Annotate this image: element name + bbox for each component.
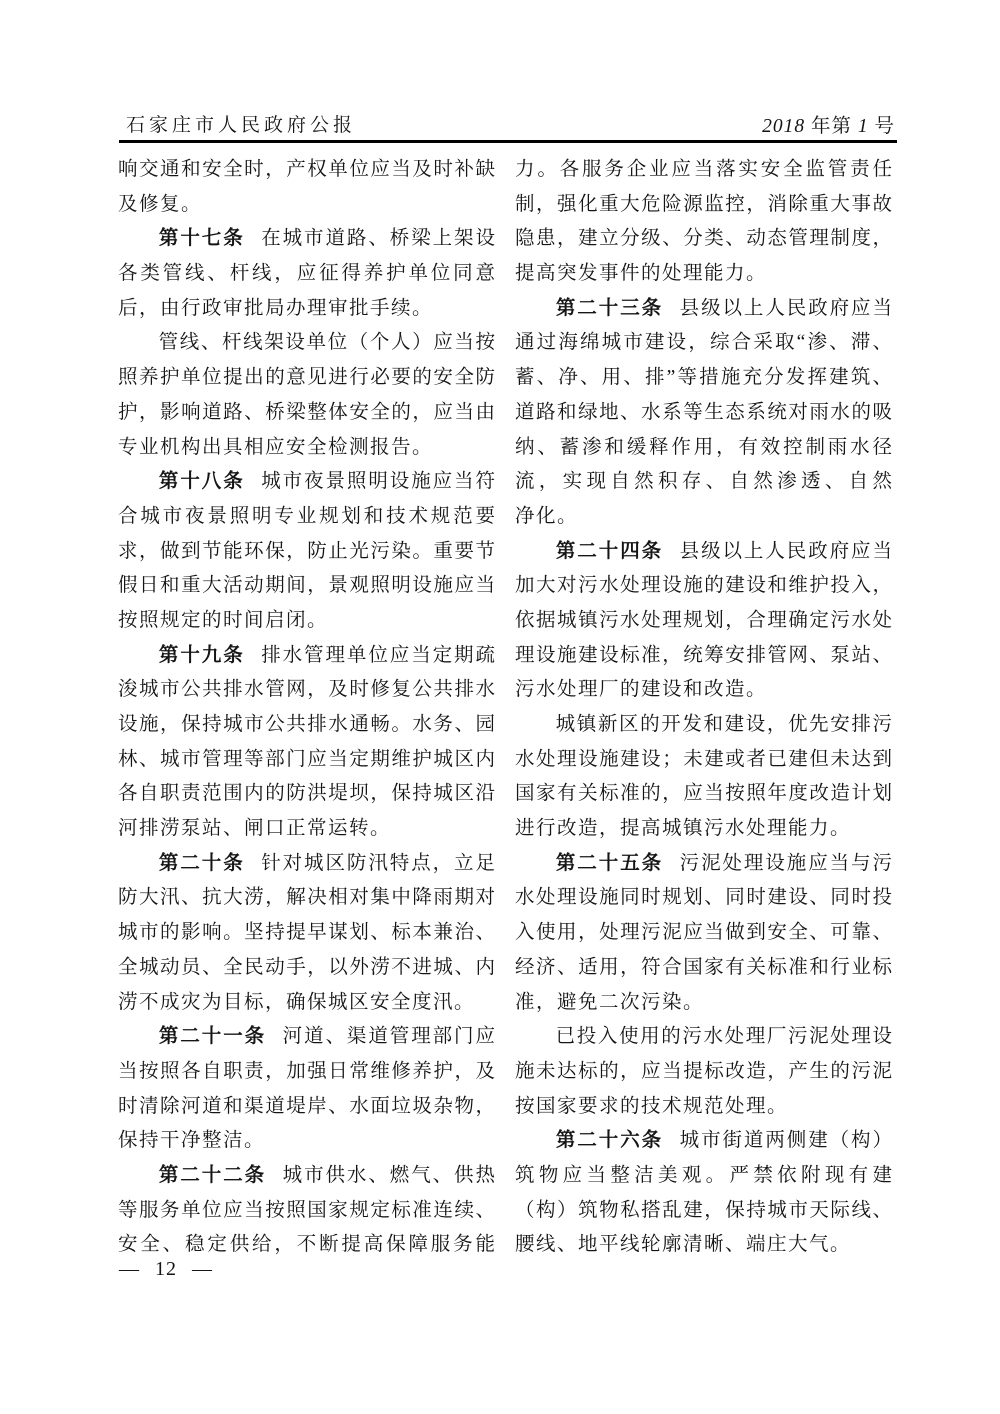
text-line: 纳、蓄渗和缓释作用，有效控制雨水径 <box>515 431 892 466</box>
text-line: 水处理设施同时规划、同时建设、同时投 <box>515 881 892 916</box>
line-text: 进行改造，提高城镇污水处理能力。 <box>515 818 851 839</box>
line-text: 纳、蓄渗和缓释作用，有效控制雨水径 <box>515 437 892 458</box>
line-text: 城市供水、燃气、供热 <box>283 1165 495 1186</box>
line-text: 力。各服务企业应当落实安全监管责任 <box>515 159 892 180</box>
text-line: 腰线、地平线轮廓清晰、端庄大气。 <box>515 1228 892 1263</box>
text-line: 流，实现自然积存、自然渗透、自然 <box>515 465 892 500</box>
line-text: 时清除河道和渠道堤岸、水面垃圾杂物， <box>118 1096 495 1117</box>
text-line: 第二十六条城市街道两侧建（构） <box>515 1124 892 1159</box>
line-text: 保持干净整洁。 <box>118 1130 265 1151</box>
article-number: 第二十一条 <box>157 1026 266 1047</box>
line-text: 加大对污水处理设施的建设和维护投入， <box>515 575 892 596</box>
line-text: 排水管理单位应当定期疏 <box>261 645 495 666</box>
line-text: 照养护单位提出的意见进行必要的安全防 <box>118 367 495 388</box>
line-text: 国家有关标准的，应当按照年度改造计划 <box>515 783 892 804</box>
text-line: 响交通和安全时，产权单位应当及时补缺 <box>118 153 495 188</box>
text-line: 按国家要求的技术规范处理。 <box>515 1090 892 1125</box>
line-text: 求，做到节能环保，防止光污染。重要节 <box>118 541 495 562</box>
text-line: 当按照各自职责，加强日常维修养护，及 <box>118 1055 495 1090</box>
text-line: 理设施建设标准，统筹安排管网、泵站、 <box>515 639 892 674</box>
text-line: 浚城市公共排水管网，及时修复公共排水 <box>118 673 495 708</box>
line-text: 响交通和安全时，产权单位应当及时补缺 <box>118 159 495 180</box>
text-line: 等服务单位应当按照国家规定标准连续、 <box>118 1194 495 1229</box>
line-text: 入使用，处理污泥应当做到安全、可靠、 <box>515 922 892 943</box>
line-text: 安全、稳定供给，不断提高保障服务能 <box>118 1234 495 1255</box>
line-text: 筑物应当整洁美观。严禁依附现有建 <box>515 1165 892 1186</box>
line-text: 腰线、地平线轮廓清晰、端庄大气。 <box>515 1234 851 1255</box>
page-number: — 12 — <box>119 1258 213 1281</box>
text-line: 污水处理厂的建设和改造。 <box>515 673 892 708</box>
line-text: 专业机构出具相应安全检测报告。 <box>118 437 433 458</box>
line-text: 后，由行政审批局办理审批手续。 <box>118 298 433 319</box>
text-line: 护，影响道路、桥梁整体安全的，应当由 <box>118 396 495 431</box>
article-number: 第二十六条 <box>554 1130 663 1151</box>
line-text: 县级以上人民政府应当 <box>680 541 892 562</box>
line-text: 经济、适用，符合国家有关标准和行业标 <box>515 957 892 978</box>
text-line: 入使用，处理污泥应当做到安全、可靠、 <box>515 916 892 951</box>
text-line: 第二十五条污泥处理设施应当与污 <box>515 847 892 882</box>
gazette-page: 石家庄市人民政府公报 2018 年第 1 号 响交通和安全时，产权单位应当及时补… <box>0 0 1000 1414</box>
article-number: 第十七条 <box>157 228 245 249</box>
text-line: 第二十三条县级以上人民政府应当 <box>515 292 892 327</box>
article-number: 第二十二条 <box>157 1165 266 1186</box>
text-line: 涝不成灾为目标，确保城区安全度汛。 <box>118 986 495 1021</box>
text-line: 第十七条在城市道路、桥梁上架设 <box>118 222 495 257</box>
line-text: 等服务单位应当按照国家规定标准连续、 <box>118 1200 495 1221</box>
text-column-left: 响交通和安全时，产权单位应当及时补缺及修复。第十七条在城市道路、桥梁上架设各类管… <box>118 153 495 1263</box>
text-line: 依据城镇污水处理规划，合理确定污水处 <box>515 604 892 639</box>
text-line: 城市的影响。坚持提早谋划、标本兼治、 <box>118 916 495 951</box>
article-number: 第二十三条 <box>554 298 663 319</box>
text-line: 加大对污水处理设施的建设和维护投入， <box>515 569 892 604</box>
text-line: 隐患，建立分级、分类、动态管理制度， <box>515 222 892 257</box>
line-text: 及修复。 <box>118 194 202 215</box>
line-text: 施未达标的，应当提标改造，产生的污泥 <box>515 1061 892 1082</box>
text-line: 时清除河道和渠道堤岸、水面垃圾杂物， <box>118 1090 495 1125</box>
text-line: 林、城市管理等部门应当定期维护城区内 <box>118 743 495 778</box>
article-number: 第二十条 <box>157 853 245 874</box>
page-header: 石家庄市人民政府公报 2018 年第 1 号 <box>119 110 897 138</box>
line-text: 水处理设施建设；未建或者已建但未达到 <box>515 749 892 770</box>
text-line: 设施，保持城市公共排水通畅。水务、园 <box>118 708 495 743</box>
text-line: 各自职责范围内的防洪堤坝，保持城区沿 <box>118 777 495 812</box>
text-line: 通过海绵城市建设，综合采取“渗、滞、 <box>515 326 892 361</box>
line-text: 设施，保持城市公共排水通畅。水务、园 <box>118 714 495 735</box>
line-text: 提高突发事件的处理能力。 <box>515 263 767 284</box>
text-line: 各类管线、杆线，应征得养护单位同意 <box>118 257 495 292</box>
text-line: 按照规定的时间启闭。 <box>118 604 495 639</box>
line-text: 城市的影响。坚持提早谋划、标本兼治、 <box>118 922 495 943</box>
line-text: 按照规定的时间启闭。 <box>118 610 328 631</box>
line-text: 隐患，建立分级、分类、动态管理制度， <box>515 228 892 249</box>
line-text: 流，实现自然积存、自然渗透、自然 <box>515 471 892 492</box>
publication-title: 石家庄市人民政府公报 <box>126 110 356 137</box>
line-text: 城镇新区的开发和建设，优先安排污 <box>554 714 892 735</box>
text-line: 第二十一条河道、渠道管理部门应 <box>118 1020 495 1055</box>
text-line: 净化。 <box>515 500 892 535</box>
text-line: 专业机构出具相应安全检测报告。 <box>118 431 495 466</box>
line-text: 针对城区防汛特点，立足 <box>261 853 495 874</box>
line-text: 准，避免二次污染。 <box>515 992 704 1013</box>
line-text: 各类管线、杆线，应征得养护单位同意 <box>118 263 495 284</box>
line-text: 管线、杆线架设单位（个人）应当按 <box>157 332 495 353</box>
line-text: 防大汛、抗大涝，解决相对集中降雨期对 <box>118 887 495 908</box>
text-line: 求，做到节能环保，防止光污染。重要节 <box>118 535 495 570</box>
line-text: 通过海绵城市建设，综合采取“渗、滞、 <box>515 332 892 353</box>
text-line: 防大汛、抗大涝，解决相对集中降雨期对 <box>118 881 495 916</box>
text-line: 水处理设施建设；未建或者已建但未达到 <box>515 743 892 778</box>
article-number: 第二十四条 <box>554 541 663 562</box>
text-line: 施未达标的，应当提标改造，产生的污泥 <box>515 1055 892 1090</box>
text-line: 第十八条城市夜景照明设施应当符 <box>118 465 495 500</box>
line-text: 理设施建设标准，统筹安排管网、泵站、 <box>515 645 892 666</box>
text-line: 提高突发事件的处理能力。 <box>515 257 892 292</box>
text-line: 后，由行政审批局办理审批手续。 <box>118 292 495 327</box>
text-line: 经济、适用，符合国家有关标准和行业标 <box>515 951 892 986</box>
text-line: 合城市夜景照明专业规划和技术规范要 <box>118 500 495 535</box>
text-line: 筑物应当整洁美观。严禁依附现有建 <box>515 1159 892 1194</box>
line-text: 道路和绿地、水系等生态系统对雨水的吸 <box>515 402 892 423</box>
text-line: 蓄、净、用、排”等措施充分发挥建筑、 <box>515 361 892 396</box>
line-text: 假日和重大活动期间，景观照明设施应当 <box>118 575 495 596</box>
text-line: 管线、杆线架设单位（个人）应当按 <box>118 326 495 361</box>
line-text: 依据城镇污水处理规划，合理确定污水处 <box>515 610 892 631</box>
line-text: 护，影响道路、桥梁整体安全的，应当由 <box>118 402 495 423</box>
line-text: 全城动员、全民动手，以外涝不进城、内 <box>118 957 495 978</box>
text-line: 进行改造，提高城镇污水处理能力。 <box>515 812 892 847</box>
line-text: 净化。 <box>515 506 578 527</box>
line-text: 水处理设施同时规划、同时建设、同时投 <box>515 887 892 908</box>
issue-label: 2018 年第 1 号 <box>762 110 895 138</box>
text-line: 道路和绿地、水系等生态系统对雨水的吸 <box>515 396 892 431</box>
line-text: 县级以上人民政府应当 <box>680 298 892 319</box>
text-line: 城镇新区的开发和建设，优先安排污 <box>515 708 892 743</box>
text-line: 已投入使用的污水处理厂污泥处理设 <box>515 1020 892 1055</box>
line-text: 当按照各自职责，加强日常维修养护，及 <box>118 1061 495 1082</box>
line-text: 合城市夜景照明专业规划和技术规范要 <box>118 506 495 527</box>
text-line: （构）筑物私搭乱建，保持城市天际线、 <box>515 1194 892 1229</box>
line-text: 制，强化重大危险源监控，消除重大事故 <box>515 194 892 215</box>
article-number: 第十九条 <box>157 645 245 666</box>
line-text: 城市街道两侧建（构） <box>680 1130 892 1151</box>
line-text: 污水处理厂的建设和改造。 <box>515 679 767 700</box>
text-line: 保持干净整洁。 <box>118 1124 495 1159</box>
line-text: 各自职责范围内的防洪堤坝，保持城区沿 <box>118 783 495 804</box>
line-text: 河排涝泵站、闸口正常运转。 <box>118 818 391 839</box>
text-line: 准，避免二次污染。 <box>515 986 892 1021</box>
text-line: 第二十四条县级以上人民政府应当 <box>515 535 892 570</box>
text-line: 第二十二条城市供水、燃气、供热 <box>118 1159 495 1194</box>
line-text: （构）筑物私搭乱建，保持城市天际线、 <box>515 1200 892 1221</box>
text-line: 全城动员、全民动手，以外涝不进城、内 <box>118 951 495 986</box>
text-line: 国家有关标准的，应当按照年度改造计划 <box>515 777 892 812</box>
line-text: 浚城市公共排水管网，及时修复公共排水 <box>118 679 495 700</box>
line-text: 在城市道路、桥梁上架设 <box>261 228 495 249</box>
line-text: 林、城市管理等部门应当定期维护城区内 <box>118 749 495 770</box>
line-text: 城市夜景照明设施应当符 <box>261 471 495 492</box>
line-text: 河道、渠道管理部门应 <box>283 1026 495 1047</box>
text-line: 力。各服务企业应当落实安全监管责任 <box>515 153 892 188</box>
article-number: 第二十五条 <box>554 853 663 874</box>
text-line: 制，强化重大危险源监控，消除重大事故 <box>515 188 892 223</box>
line-text: 按国家要求的技术规范处理。 <box>515 1096 788 1117</box>
line-text: 污泥处理设施应当与污 <box>680 853 892 874</box>
article-number: 第十八条 <box>157 471 245 492</box>
text-line: 第二十条针对城区防汛特点，立足 <box>118 847 495 882</box>
line-text: 涝不成灾为目标，确保城区安全度汛。 <box>118 992 475 1013</box>
text-line: 照养护单位提出的意见进行必要的安全防 <box>118 361 495 396</box>
text-column-right: 力。各服务企业应当落实安全监管责任制，强化重大危险源监控，消除重大事故隐患，建立… <box>515 153 892 1263</box>
line-text: 已投入使用的污水处理厂污泥处理设 <box>554 1026 892 1047</box>
line-text: 蓄、净、用、排”等措施充分发挥建筑、 <box>515 367 892 388</box>
text-line: 河排涝泵站、闸口正常运转。 <box>118 812 495 847</box>
text-line: 第十九条排水管理单位应当定期疏 <box>118 639 495 674</box>
header-rule <box>119 140 897 143</box>
text-line: 及修复。 <box>118 188 495 223</box>
text-line: 假日和重大活动期间，景观照明设施应当 <box>118 569 495 604</box>
